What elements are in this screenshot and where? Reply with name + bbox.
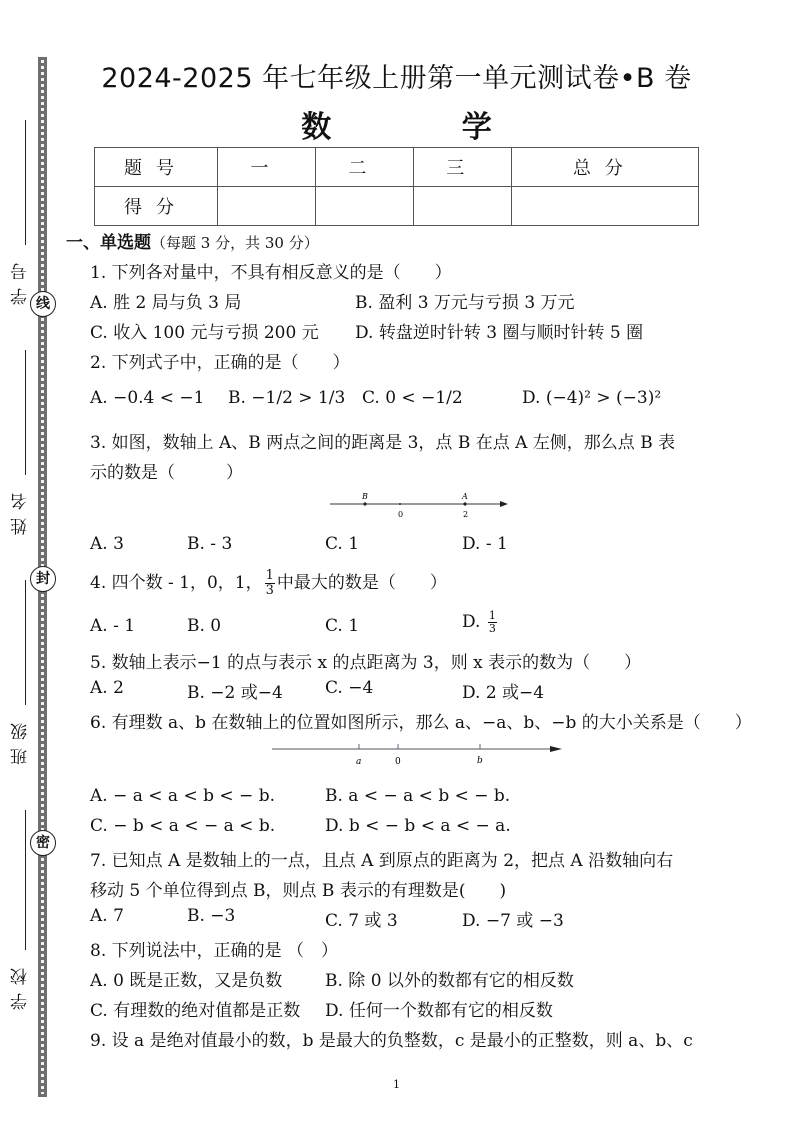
student-id-label: 学号 — [8, 255, 33, 305]
q4-stem: 4. 四个数 - 1，0，1，13中最大的数是（ ） — [90, 568, 447, 598]
q3-option-c: C. 1 — [325, 534, 359, 554]
seal-mi: 密 — [30, 830, 56, 856]
q3-number-line-figure: B A 0 2 — [328, 490, 508, 522]
q7-option-a: A. 7 — [90, 906, 124, 926]
q8-stem: 8. 下列说法中，正确的是 （ ） — [90, 936, 338, 961]
score-table-header-row: 题号 一 二 三 总分 — [95, 148, 699, 187]
col-header-3: 三 — [413, 148, 511, 187]
q3-stem: 3. 如图，数轴上 A、B 两点之间的距离是 3，点 B 在点 A 左侧，那么点… — [90, 428, 675, 453]
q8-option-b: B. 除 0 以外的数都有它的相反数 — [325, 966, 574, 991]
row-header-score: 得分 — [95, 187, 218, 226]
q9-stem: 9. 设 a 是绝对值最小的数，b 是最大的负整数，c 是最小的正整数，则 a、… — [90, 1026, 693, 1051]
svg-text:b: b — [477, 756, 483, 766]
q5-option-d: D. 2 或−4 — [462, 678, 544, 703]
q6-number-line-figure: a 0 b — [270, 740, 565, 770]
q7-stem: 7. 已知点 A 是数轴上的一点，且点 A 到原点的距离为 2，把点 A 沿数轴… — [90, 846, 673, 871]
q6-option-c: C. − b < a < − a < b. — [90, 816, 275, 836]
q3-option-b: B. - 3 — [187, 534, 232, 554]
svg-text:0: 0 — [398, 510, 403, 519]
exam-title: 2024-2025 年七年级上册第一单元测试卷•B 卷 — [0, 56, 793, 95]
score-cell-1[interactable] — [218, 187, 316, 226]
q5-option-c: C. −4 — [325, 678, 373, 698]
q1-option-c: C. 收入 100 元与亏损 200 元 — [90, 318, 319, 343]
q4-d-den: 3 — [488, 623, 497, 635]
q4-option-a: A. - 1 — [90, 616, 135, 636]
row-header-question-no: 题号 — [95, 148, 218, 187]
section-note: （每题 3 分，共 30 分） — [151, 234, 319, 252]
svg-text:0: 0 — [395, 757, 401, 767]
q3-option-d: D. - 1 — [462, 534, 508, 554]
q8-option-a: A. 0 既是正数，又是负数 — [90, 966, 282, 991]
svg-text:a: a — [356, 757, 361, 767]
svg-text:B: B — [361, 492, 368, 501]
score-table-score-row: 得分 — [95, 187, 699, 226]
q7-option-d: D. −7 或 −3 — [462, 906, 564, 931]
svg-text:A: A — [461, 492, 468, 501]
q2-stem: 2. 下列式子中，正确的是（ ） — [90, 348, 350, 373]
score-cell-3[interactable] — [413, 187, 511, 226]
q5-stem: 5. 数轴上表示−1 的点与表示 x 的点距离为 3，则 x 表示的数为（ ） — [90, 648, 641, 673]
q5-option-b: B. −2 或−4 — [187, 678, 283, 703]
q4-option-d-fraction: 13 — [488, 610, 497, 635]
q4-frac-num: 1 — [265, 569, 275, 584]
q4-frac-den: 3 — [265, 584, 275, 598]
q7-option-b: B. −3 — [187, 906, 235, 926]
q4-fraction: 13 — [265, 569, 275, 598]
q4-stem-start: 4. 四个数 - 1，0，1， — [90, 573, 263, 593]
school-label: 学校 — [8, 960, 33, 1010]
q6-option-b: B. a < − a < b < − b. — [325, 786, 510, 806]
score-cell-2[interactable] — [315, 187, 413, 226]
col-header-1: 一 — [218, 148, 316, 187]
class-label: 班级 — [8, 715, 33, 765]
q2-option-b: B. −1/2 > 1/3 — [228, 388, 345, 408]
name-label: 姓名 — [8, 485, 33, 535]
q6-option-a: A. − a < a < b < − b. — [90, 786, 275, 806]
score-table: 题号 一 二 三 总分 得分 — [94, 147, 699, 226]
subject-title: 数 学 — [0, 102, 793, 146]
q3-stem-cont: 示的数是（ ） — [90, 458, 243, 483]
q1-stem: 1. 下列各对量中，不具有相反意义的是（ ） — [90, 258, 452, 283]
q4-stem-end: 中最大的数是（ ） — [277, 573, 447, 593]
q6-stem: 6. 有理数 a、b 在数轴上的位置如图所示，那么 a、−a、b、−b 的大小关… — [90, 708, 752, 733]
q5-option-a: A. 2 — [90, 678, 124, 698]
seal-feng: 封 — [30, 566, 56, 592]
col-header-2: 二 — [315, 148, 413, 187]
q1-option-a: A. 胜 2 局与负 3 局 — [90, 288, 241, 313]
q4-option-c: C. 1 — [325, 616, 359, 636]
q7-option-c: C. 7 或 3 — [325, 906, 398, 931]
q2-option-c: C. 0 < −1/2 — [362, 388, 463, 408]
q6-option-d: D. b < − b < a < − a. — [325, 816, 511, 836]
class-line[interactable] — [25, 580, 26, 705]
name-line[interactable] — [25, 350, 26, 475]
q4-option-d-label: D. — [462, 612, 480, 632]
section-heading: 一、单选题（每题 3 分，共 30 分） — [66, 228, 319, 253]
q8-option-c: C. 有理数的绝对值都是正数 — [90, 996, 300, 1021]
svg-text:2: 2 — [463, 510, 468, 519]
q2-option-a: A. −0.4 < −1 — [90, 388, 204, 408]
col-header-total: 总分 — [511, 148, 698, 187]
school-line[interactable] — [25, 810, 26, 950]
seal-xian: 线 — [30, 291, 56, 317]
q2-option-d: D. (−4)² > (−3)² — [522, 388, 661, 408]
score-cell-total[interactable] — [511, 187, 698, 226]
q3-option-a: A. 3 — [90, 534, 124, 554]
section-name: 一、单选题 — [66, 233, 151, 253]
q4-option-b: B. 0 — [187, 616, 221, 636]
page-number: 1 — [0, 1078, 793, 1091]
q8-option-d: D. 任何一个数都有它的相反数 — [325, 996, 553, 1021]
q4-option-d: D. 13 — [462, 610, 499, 635]
q7-stem-cont: 移动 5 个单位得到点 B，则点 B 表示的有理数是( ) — [90, 876, 506, 901]
q1-option-d: D. 转盘逆时针转 3 圈与顺时针转 5 圈 — [355, 318, 643, 343]
q1-option-b: B. 盈利 3 万元与亏损 3 万元 — [355, 288, 575, 313]
